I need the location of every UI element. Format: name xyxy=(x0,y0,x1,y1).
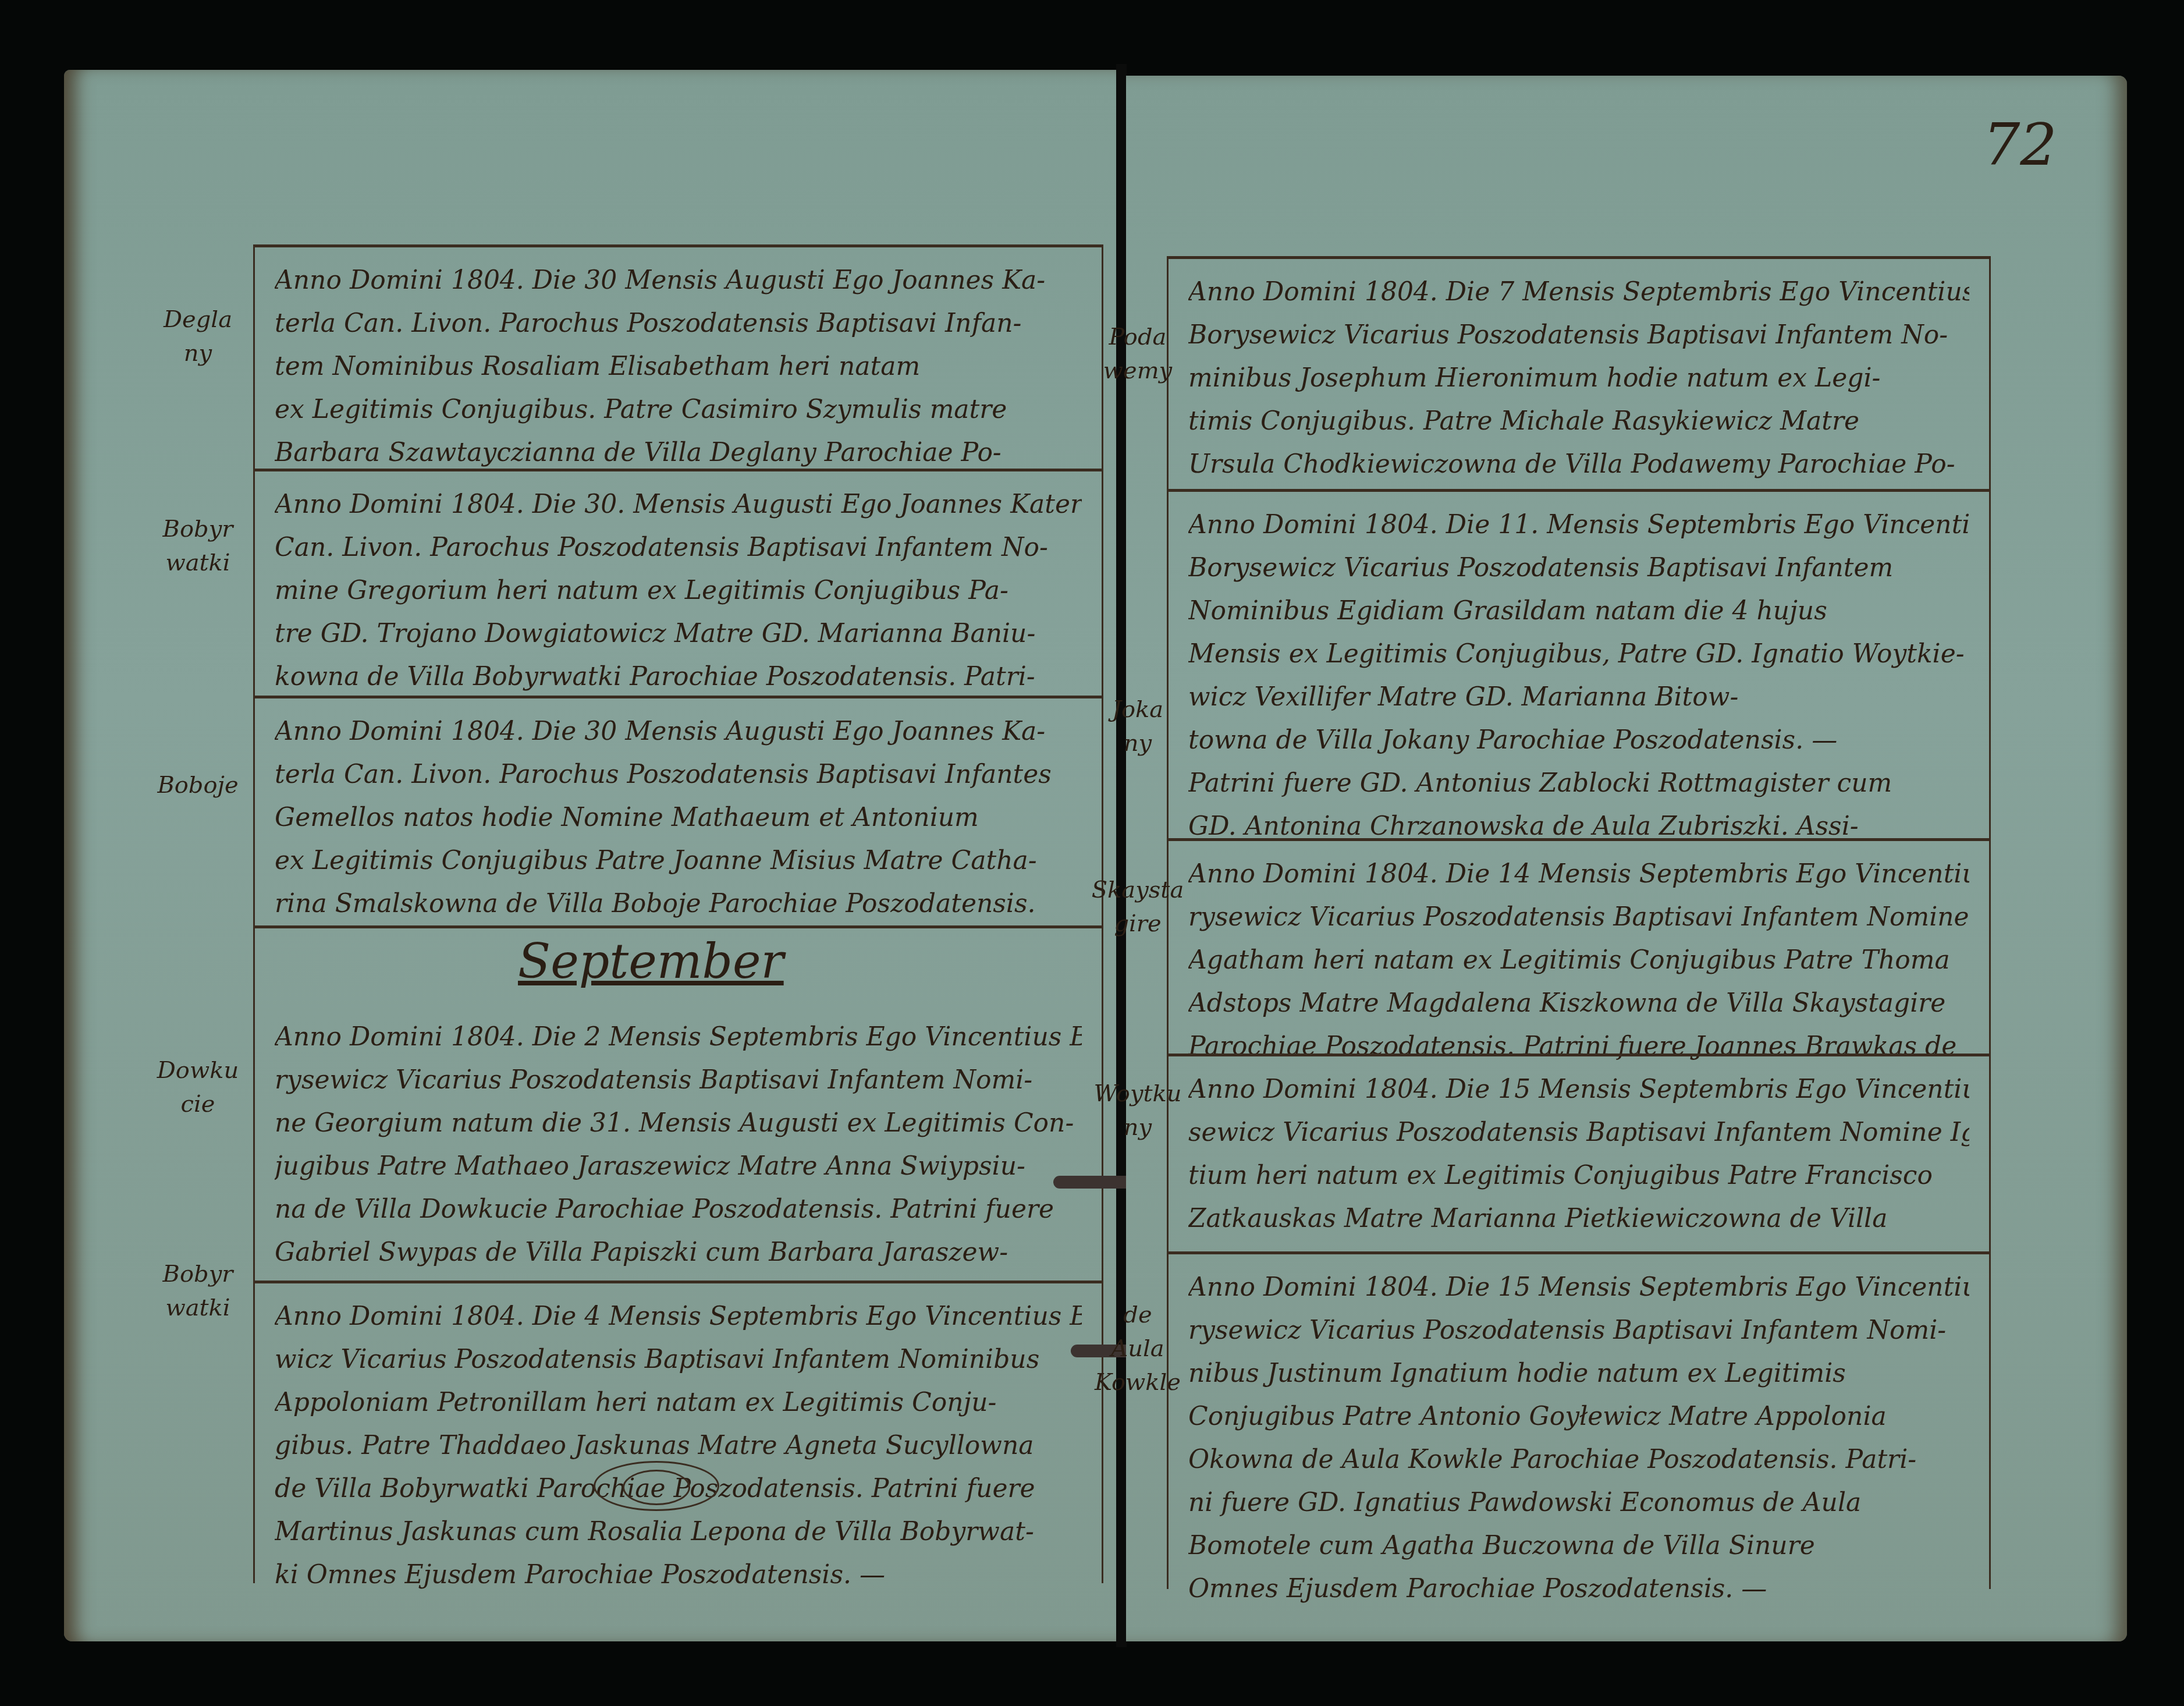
entry-line: ex Legitimis Conjugibus. Patre Casimiro … xyxy=(275,388,1082,431)
entry-line: Nominibus Egidiam Grasildam natam die 4 … xyxy=(1188,590,1969,633)
entry-line: Anno Domini 1804. Die 30 Mensis Augusti … xyxy=(275,710,1082,753)
entry-line: Borysewicz Vicarius Poszodatensis Baptis… xyxy=(1188,314,1969,357)
entry-line: minibus Josephum Hieronimum hodie natum … xyxy=(1188,357,1969,400)
decorative-flourish xyxy=(623,1470,690,1505)
baptism-entry: Anno Domini 1804. Die 30. Mensis Augusti… xyxy=(255,469,1102,696)
entry-line: Anno Domini 1804. Die 11. Mensis Septemb… xyxy=(1188,503,1969,547)
margin-village-name: deAulaKowkle xyxy=(1091,1298,1184,1399)
baptism-entry: Anno Domini 1804. Die 4 Mensis Septembri… xyxy=(255,1281,1102,1583)
entry-line: rina Smalskowna de Villa Boboje Parochia… xyxy=(275,882,1082,925)
entry-line: tre GD. Trojano Dowgiatowicz Matre GD. M… xyxy=(275,612,1082,655)
entry-line: rysewicz Vicarius Poszodatensis Baptisav… xyxy=(1188,896,1969,939)
entry-line: Patrini fuere GD. Antonius Zablocki Rott… xyxy=(1188,762,1969,805)
entry-line: Mensis ex Legitimis Conjugibus, Patre GD… xyxy=(1188,633,1969,676)
baptism-entry: Anno Domini 1804. Die 15 Mensis Septembr… xyxy=(1169,1054,1989,1251)
entry-line: Okowna de Aula Kowkle Parochiae Poszodat… xyxy=(1188,1438,1969,1481)
margin-village-name: Bobyrwatki xyxy=(151,512,244,580)
book-gutter xyxy=(1116,64,1127,1647)
entry-line: mine Gregorium heri natum ex Legitimis C… xyxy=(275,569,1082,612)
entry-line: Agatham heri natam ex Legitimis Conjugib… xyxy=(1188,939,1969,982)
margin-village-name: Jokany xyxy=(1091,693,1184,760)
entry-line: terla Can. Livon. Parochus Poszodatensis… xyxy=(275,753,1082,796)
margin-village-name: Dowkucie xyxy=(151,1054,244,1121)
right-page: 72 Anno Domini 1804. Die 7 Mensis Septem… xyxy=(1126,76,2127,1641)
margin-village-name: Bobyrwatki xyxy=(151,1257,244,1325)
entry-line: ki Omnes Ejusdem Parochiae Poszodatensis… xyxy=(275,1554,1082,1597)
left-register-frame: Anno Domini 1804. Die 30 Mensis Augusti … xyxy=(253,244,1103,1583)
entry-line: Anno Domini 1804. Die 30 Mensis Augusti … xyxy=(275,259,1082,302)
entry-line: Anno Domini 1804. Die 15 Mensis Septembr… xyxy=(1188,1068,1969,1111)
entry-line: Anno Domini 1804. Die 2 Mensis Septembri… xyxy=(275,1016,1082,1059)
baptism-entry: Anno Domini 1804. Die 7 Mensis Septembri… xyxy=(1169,256,1989,489)
entry-line: sewicz Vicarius Poszodatensis Baptisavi … xyxy=(1188,1111,1969,1154)
entry-line: Omnes Ejusdem Parochiae Poszodatensis. — xyxy=(1188,1567,1969,1611)
entry-line: Gemellos natos hodie Nomine Mathaeum et … xyxy=(275,796,1082,839)
left-page: Anno Domini 1804. Die 30 Mensis Augusti … xyxy=(64,70,1117,1641)
entry-line: timis Conjugibus. Patre Michale Rasykiew… xyxy=(1188,400,1969,443)
page-number: 72 xyxy=(1983,111,2057,179)
entry-line: wicz Vicarius Poszodatensis Baptisavi In… xyxy=(275,1338,1082,1381)
entry-line: Anno Domini 1804. Die 4 Mensis Septembri… xyxy=(275,1295,1082,1338)
margin-village-name: Podawemy xyxy=(1091,320,1184,388)
entry-line: Appoloniam Petronillam heri natam ex Leg… xyxy=(275,1381,1082,1424)
entry-line: rysewicz Vicarius Poszodatensis Baptisav… xyxy=(1188,1309,1969,1352)
entry-line: Barbara Szawtayczianna de Villa Deglany … xyxy=(275,431,1082,474)
entry-line: ex Legitimis Conjugibus Patre Joanne Mis… xyxy=(275,839,1082,882)
entry-line: rysewicz Vicarius Poszodatensis Baptisav… xyxy=(275,1059,1082,1102)
right-register-frame: Anno Domini 1804. Die 7 Mensis Septembri… xyxy=(1167,256,1991,1589)
entry-line: Adstops Matre Magdalena Kiszkowna de Vil… xyxy=(1188,982,1969,1025)
entry-line: Anno Domini 1804. Die 7 Mensis Septembri… xyxy=(1188,271,1969,314)
entry-line: tium heri natum ex Legitimis Conjugibus … xyxy=(1188,1154,1969,1197)
entry-line: Can. Livon. Parochus Poszodatensis Bapti… xyxy=(275,526,1082,569)
entry-line: terla Can. Livon. Parochus Poszodatensis… xyxy=(275,302,1082,345)
entry-line: Anno Domini 1804. Die 14 Mensis Septembr… xyxy=(1188,853,1969,896)
entry-line: Ursula Chodkiewiczowna de Villa Podawemy… xyxy=(1188,443,1969,486)
entry-line: Borysewicz Vicarius Poszodatensis Baptis… xyxy=(1188,547,1969,590)
baptism-entry: Anno Domini 1804. Die 30 Mensis Augusti … xyxy=(255,244,1102,469)
entry-line: kowna de Villa Bobyrwatki Parochiae Posz… xyxy=(275,655,1082,698)
entry-line: Gabriel Swypas de Villa Papiszki cum Bar… xyxy=(275,1231,1082,1274)
month-heading: September xyxy=(518,934,784,989)
entry-line: gibus. Patre Thaddaeo Jaskunas Matre Agn… xyxy=(275,1424,1082,1467)
baptism-entry: Anno Domini 1804. Die 15 Mensis Septembr… xyxy=(1169,1251,1989,1589)
baptism-entry: Anno Domini 1804. Die 30 Mensis Augusti … xyxy=(255,696,1102,925)
entry-line: Anno Domini 1804. Die 30. Mensis Augusti… xyxy=(275,483,1082,526)
margin-village-name: Skaystagire xyxy=(1091,873,1184,941)
entry-line: na de Villa Dowkucie Parochiae Poszodate… xyxy=(275,1188,1082,1231)
entry-line: Conjugibus Patre Antonio Goyłewicz Matre… xyxy=(1188,1395,1969,1438)
entry-line: towna de Villa Jokany Parochiae Poszodat… xyxy=(1188,719,1969,762)
entry-line: tem Nominibus Rosaliam Elisabetham heri … xyxy=(275,345,1082,388)
margin-village-name: Deglany xyxy=(151,303,244,370)
baptism-entry: Anno Domini 1804. Die 14 Mensis Septembr… xyxy=(1169,838,1989,1054)
entry-line: Zatkauskas Matre Marianna Pietkiewiczown… xyxy=(1188,1197,1969,1240)
entry-line: Martinus Jaskunas cum Rosalia Lepona de … xyxy=(275,1510,1082,1554)
entry-line: Bomotele cum Agatha Buczowna de Villa Si… xyxy=(1188,1524,1969,1567)
entry-line: jugibus Patre Mathaeo Jaraszewicz Matre … xyxy=(275,1145,1082,1188)
margin-village-name: Boboje xyxy=(151,768,244,802)
entry-line: nibus Justinum Ignatium hodie natum ex L… xyxy=(1188,1352,1969,1395)
entry-line: Anno Domini 1804. Die 15 Mensis Septembr… xyxy=(1188,1266,1969,1309)
entry-line: ni fuere GD. Ignatius Pawdowski Economus… xyxy=(1188,1481,1969,1524)
margin-village-name: Woytkuny xyxy=(1091,1077,1184,1144)
entry-line: ne Georgium natum die 31. Mensis Augusti… xyxy=(275,1102,1082,1145)
entry-line: wicz Vexillifer Matre GD. Marianna Bitow… xyxy=(1188,676,1969,719)
baptism-entry: Anno Domini 1804. Die 11. Mensis Septemb… xyxy=(1169,489,1989,838)
